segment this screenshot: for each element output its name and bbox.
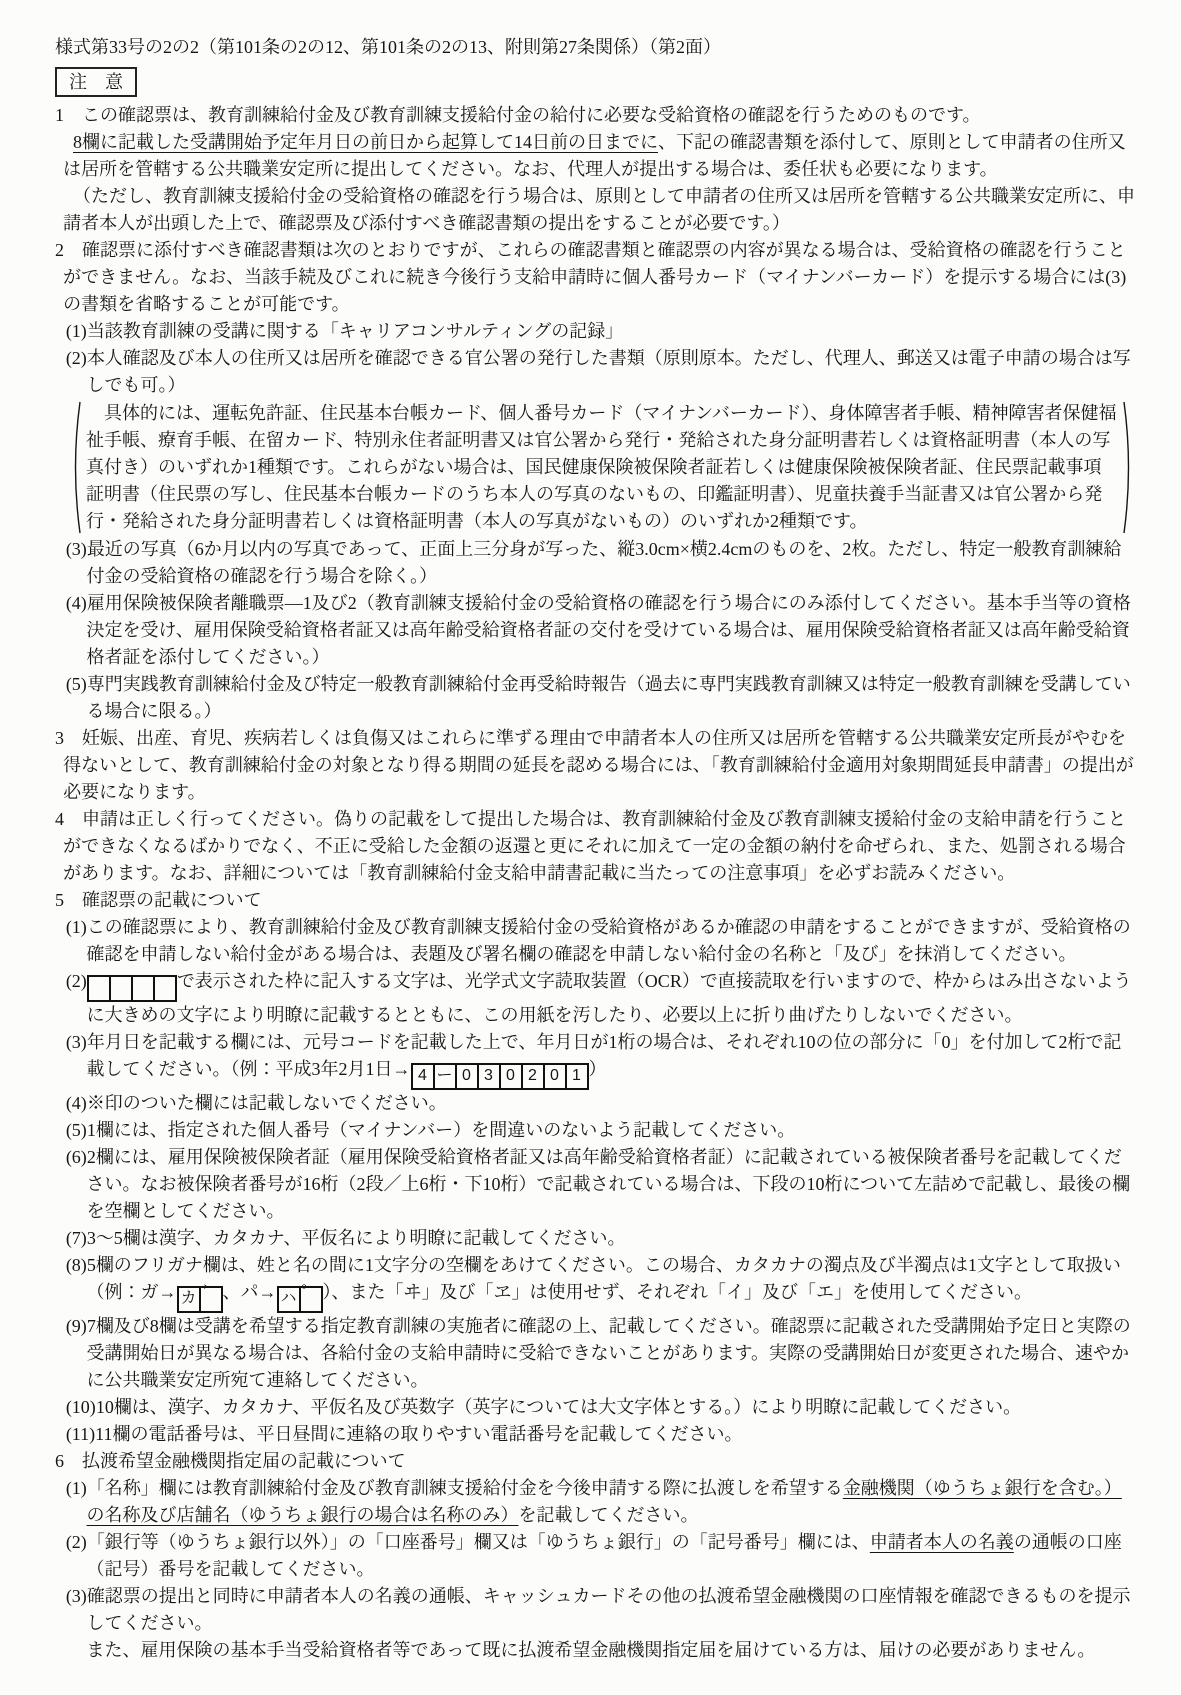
ocr-box: ゛ xyxy=(199,1286,223,1313)
item-label: (11) xyxy=(66,1424,95,1444)
paragraph-2-3: (3)最近の写真（6か月以内の写真であって、正面上三分身が写った、縦3.0cm×… xyxy=(55,536,1137,590)
item-label: (2) xyxy=(66,1532,87,1552)
ocr-box: 2 xyxy=(521,1063,545,1090)
paragraph-5-9: (9)7欄及び8欄は受講を希望する指定教育訓練の実施者に確認の上、記載してくださ… xyxy=(55,1313,1137,1394)
paragraph-5-3: (3)年月日を記載する欄には、元号コードを記載した上で、年月日が1桁の場合は、そ… xyxy=(55,1029,1137,1090)
paragraph-2-5: (5)専門実践教育訓練給付金及び特定一般教育訓練給付金再受給時報告（過去に専門実… xyxy=(55,671,1137,725)
paragraph-2-2: (2)本人確認及び本人の住所又は居所を確認できる官公署の発行した書類（原則原本。… xyxy=(55,345,1137,399)
item-label: (4) xyxy=(66,593,87,613)
paragraph-6-2: (2)「銀行等（ゆうちょ銀行以外）」の「口座番号」欄又は「ゆうちょ銀行」の「記号… xyxy=(55,1529,1137,1583)
paragraph-3: 3妊娠、出産、育児、疾病若しくは負傷又はこれらに準ずる理由で申請者本人の住所又は… xyxy=(55,725,1137,806)
item-label: (1) xyxy=(66,321,87,341)
text-run: で表示された枠に記入する文字は、光学式文字読取装置（OCR）で直接読取を行います… xyxy=(87,971,1132,1025)
ocr-box: 4 xyxy=(411,1063,435,1090)
paragraph-5-11: (11)11欄の電話番号は、平日昼間に連絡の取りやすい電話番号を記載してください… xyxy=(55,1421,1137,1448)
paragraph-5-2: (2) で表示された枠に記入する文字は、光学式文字読取装置（OCR）で直接読取を… xyxy=(55,968,1137,1029)
ocr-box-group: 4ー030201 xyxy=(411,1063,589,1090)
paragraph-2-4: (4)雇用保険被保険者離職票―1及び2（教育訓練支援給付金の受給資格の確認を行う… xyxy=(55,590,1137,671)
item-label: 2 xyxy=(55,240,64,260)
paragraph-5: 5確認票の記載について xyxy=(55,887,1137,914)
paragraph-5-7: (7)3～5欄は漢字、カタカナ、平仮名により明瞭に記載してください。 xyxy=(55,1225,1137,1252)
text-run: 10欄は、漢字、カタカナ、平仮名及び英数字（英字については大文字体とする。）によ… xyxy=(96,1397,1021,1417)
ocr-box: 0 xyxy=(543,1063,567,1090)
item-label: (3) xyxy=(66,1032,87,1052)
text-run: 確認票に添付すべき確認書類は次のとおりですが、これらの確認書類と確認票の内容が異… xyxy=(63,240,1126,314)
text-run: ） xyxy=(589,1059,607,1079)
ocr-box-empty xyxy=(131,975,155,1002)
bracketed-note-text: 具体的には、運転免許証、住民基本台帳カード、個人番号カード（マイナンバーカード）… xyxy=(82,400,1122,535)
text-run: 妊娠、出産、育児、疾病若しくは負傷又はこれらに準ずる理由で申請者本人の住所又は居… xyxy=(63,728,1134,802)
item-label: (8) xyxy=(66,1255,87,1275)
item-label: (6) xyxy=(66,1147,87,1167)
item-label: 3 xyxy=(55,728,64,748)
text-run: 3～5欄は漢字、カタカナ、平仮名により明瞭に記載してください。 xyxy=(87,1228,626,1248)
paragraph-1: 1この確認票は、教育訓練給付金及び教育訓練支援給付金の給付に必要な受給資格の確認… xyxy=(55,102,1137,129)
underlined-text: 申請者本人の名義 xyxy=(870,1532,1014,1552)
page-title: 様式第33号の2の2（第101条の2の12、第101条の2の13、附則第27条関… xyxy=(55,34,1137,61)
ocr-box: 0 xyxy=(455,1063,479,1090)
text-run: 当該教育訓練の受講に関する「キャリアコンサルティングの記録」 xyxy=(87,321,623,341)
right-bracket xyxy=(1122,400,1135,535)
paragraph-6-3: (3)確認票の提出と同時に申請者本人の名義の通帳、キャッシュカードその他の払渡希… xyxy=(55,1583,1137,1637)
paragraph-2: 2確認票に添付すべき確認書類は次のとおりですが、これらの確認書類と確認票の内容が… xyxy=(55,237,1137,318)
document-body: 1この確認票は、教育訓練給付金及び教育訓練支援給付金の給付に必要な受給資格の確認… xyxy=(55,102,1137,1664)
ocr-box-group xyxy=(87,975,177,1002)
paragraph: 8欄に記載した受講開始予定年月日の前日から起算して14日前の日までに、下記の確認… xyxy=(55,129,1137,183)
paragraph-6-1: (1)「名称」欄には教育訓練給付金及び教育訓練支援給付金を今後申請する際に払渡し… xyxy=(55,1475,1137,1529)
ocr-box-empty xyxy=(87,975,111,1002)
text-run: 申請は正しく行ってください。偽りの記載をして提出した場合は、教育訓練給付金及び教… xyxy=(63,809,1126,883)
ocr-box: ゜ xyxy=(299,1286,323,1313)
text-run: ※印のついた欄には記載しないでください。 xyxy=(87,1093,447,1113)
paragraph-5-5: (5)1欄には、指定された個人番号（マイナンバー）を間違いのないよう記載してくだ… xyxy=(55,1117,1137,1144)
item-label: (3) xyxy=(66,1586,87,1606)
ocr-box-group: カ゛ xyxy=(177,1286,223,1313)
paragraph-4: 4申請は正しく行ってください。偽りの記載をして提出した場合は、教育訓練給付金及び… xyxy=(55,806,1137,887)
text-run: この確認票は、教育訓練給付金及び教育訓練支援給付金の給付に必要な受給資格の確認を… xyxy=(82,105,981,125)
text-run: 、パ→ xyxy=(223,1282,277,1302)
item-label: 4 xyxy=(55,809,64,829)
ocr-box: カ xyxy=(177,1286,201,1313)
notice-label: 注 意 xyxy=(55,67,137,97)
item-label: (2) xyxy=(66,971,87,991)
item-label: (1) xyxy=(66,1478,87,1498)
ocr-box-empty xyxy=(153,975,177,1002)
bracketed-note-box: 具体的には、運転免許証、住民基本台帳カード、個人番号カード（マイナンバーカード）… xyxy=(69,400,1135,535)
paragraph: （ただし、教育訓練支援給付金の受給資格の確認を行う場合は、原則として申請者の住所… xyxy=(55,183,1137,237)
item-label: (2) xyxy=(66,348,87,368)
text-run: 本人確認及び本人の住所又は居所を確認できる官公署の発行した書類（原則原本。ただし… xyxy=(87,348,1131,395)
paragraph-6: 6払渡希望金融機関指定届の記載について xyxy=(55,1448,1137,1475)
item-label: (10) xyxy=(66,1397,96,1417)
text-run: 専門実践教育訓練給付金及び特定一般教育訓練給付金再受給時報告（過去に専門実践教育… xyxy=(87,674,1131,721)
item-label: (1) xyxy=(66,917,87,937)
text-run: 確認票の提出と同時に申請者本人の名義の通帳、キャッシュカードその他の払渡希望金融… xyxy=(87,1586,1131,1633)
paragraph-5-6: (6)2欄には、雇用保険被保険者証（雇用保険受給資格者証又は高年齢受給資格者証）… xyxy=(55,1144,1137,1225)
item-label: (5) xyxy=(66,1120,87,1140)
text-run: 具体的には、運転免許証、住民基本台帳カード、個人番号カード（マイナンバーカード）… xyxy=(86,403,1117,531)
text-run: 7欄及び8欄は受講を希望する指定教育訓練の実施者に確認の上、記載してください。確… xyxy=(87,1316,1131,1390)
text-run: 「銀行等（ゆうちょ銀行以外）」の「口座番号」欄又は「ゆうちょ銀行」の「記号番号」… xyxy=(87,1532,870,1552)
text-run: 11欄の電話番号は、平日昼間に連絡の取りやすい電話番号を記載してください。 xyxy=(95,1424,742,1444)
text-run: 「名称」欄には教育訓練給付金及び教育訓練支援給付金を今後申請する際に払渡しを希望… xyxy=(87,1478,843,1498)
ocr-box: ハ xyxy=(277,1286,301,1313)
ocr-box: 1 xyxy=(565,1063,589,1090)
item-label: (5) xyxy=(66,674,87,694)
ocr-box-empty xyxy=(109,975,133,1002)
text-run: また、雇用保険の基本手当受給資格者等であって既に払渡希望金融機関指定届を届けてい… xyxy=(87,1640,1096,1660)
text-run: 雇用保険被保険者離職票―1及び2（教育訓練支援給付金の受給資格の確認を行う場合に… xyxy=(87,593,1131,667)
document-page: 様式第33号の2の2（第101条の2の12、第101条の2の13、附則第27条関… xyxy=(0,0,1181,1695)
paragraph: また、雇用保険の基本手当受給資格者等であって既に払渡希望金融機関指定届を届けてい… xyxy=(55,1637,1137,1664)
text-run: ）、また「ヰ」及び「ヱ」は使用せず、それぞれ「イ」及び「エ」を使用してください。 xyxy=(323,1282,1033,1302)
paragraph-5-1: (1)この確認票により、教育訓練給付金及び教育訓練支援給付金の受給資格があるか確… xyxy=(55,914,1137,968)
text-run: 確認票の記載について xyxy=(82,890,262,910)
left-bracket xyxy=(69,400,82,535)
text-run: 最近の写真（6か月以内の写真であって、正面上三分身が写った、縦3.0cm×横2.… xyxy=(87,539,1122,586)
text-run: この確認票により、教育訓練給付金及び教育訓練支援給付金の受給資格があるか確認の申… xyxy=(87,917,1131,964)
text-run: 2欄には、雇用保険被保険者証（雇用保険受給資格者証又は高年齢受給資格者証）に記載… xyxy=(87,1147,1131,1221)
paragraph-2-1: (1)当該教育訓練の受講に関する「キャリアコンサルティングの記録」 xyxy=(55,318,1137,345)
item-label: 1 xyxy=(55,105,64,125)
paragraph-5-10: (10)10欄は、漢字、カタカナ、平仮名及び英数字（英字については大文字体とする… xyxy=(55,1394,1137,1421)
item-label: (3) xyxy=(66,539,87,559)
underlined-text: 8欄に記載した受講開始予定年月日の前日から起算して14日前の日までに xyxy=(73,132,658,152)
ocr-box: 3 xyxy=(477,1063,501,1090)
paragraph-5-4: (4)※印のついた欄には記載しないでください。 xyxy=(55,1090,1137,1117)
item-label: (7) xyxy=(66,1228,87,1248)
item-label: 5 xyxy=(55,890,64,910)
text-run: （ただし、教育訓練支援給付金の受給資格の確認を行う場合は、原則として申請者の住所… xyxy=(63,186,1135,233)
text-run: を記載してください。 xyxy=(519,1505,699,1525)
text-run: 払渡希望金融機関指定届の記載について xyxy=(82,1451,406,1471)
item-label: (4) xyxy=(66,1093,87,1113)
ocr-box: ー xyxy=(433,1063,457,1090)
ocr-box-group: ハ゜ xyxy=(277,1286,323,1313)
item-label: (9) xyxy=(66,1316,87,1336)
text-run: 1欄には、指定された個人番号（マイナンバー）を間違いのないよう記載してください。 xyxy=(87,1120,795,1140)
item-label: 6 xyxy=(55,1451,64,1471)
ocr-box: 0 xyxy=(499,1063,523,1090)
paragraph-5-8: (8)5欄のフリガナ欄は、姓と名の間に1文字分の空欄をあけてください。この場合、… xyxy=(55,1252,1137,1313)
